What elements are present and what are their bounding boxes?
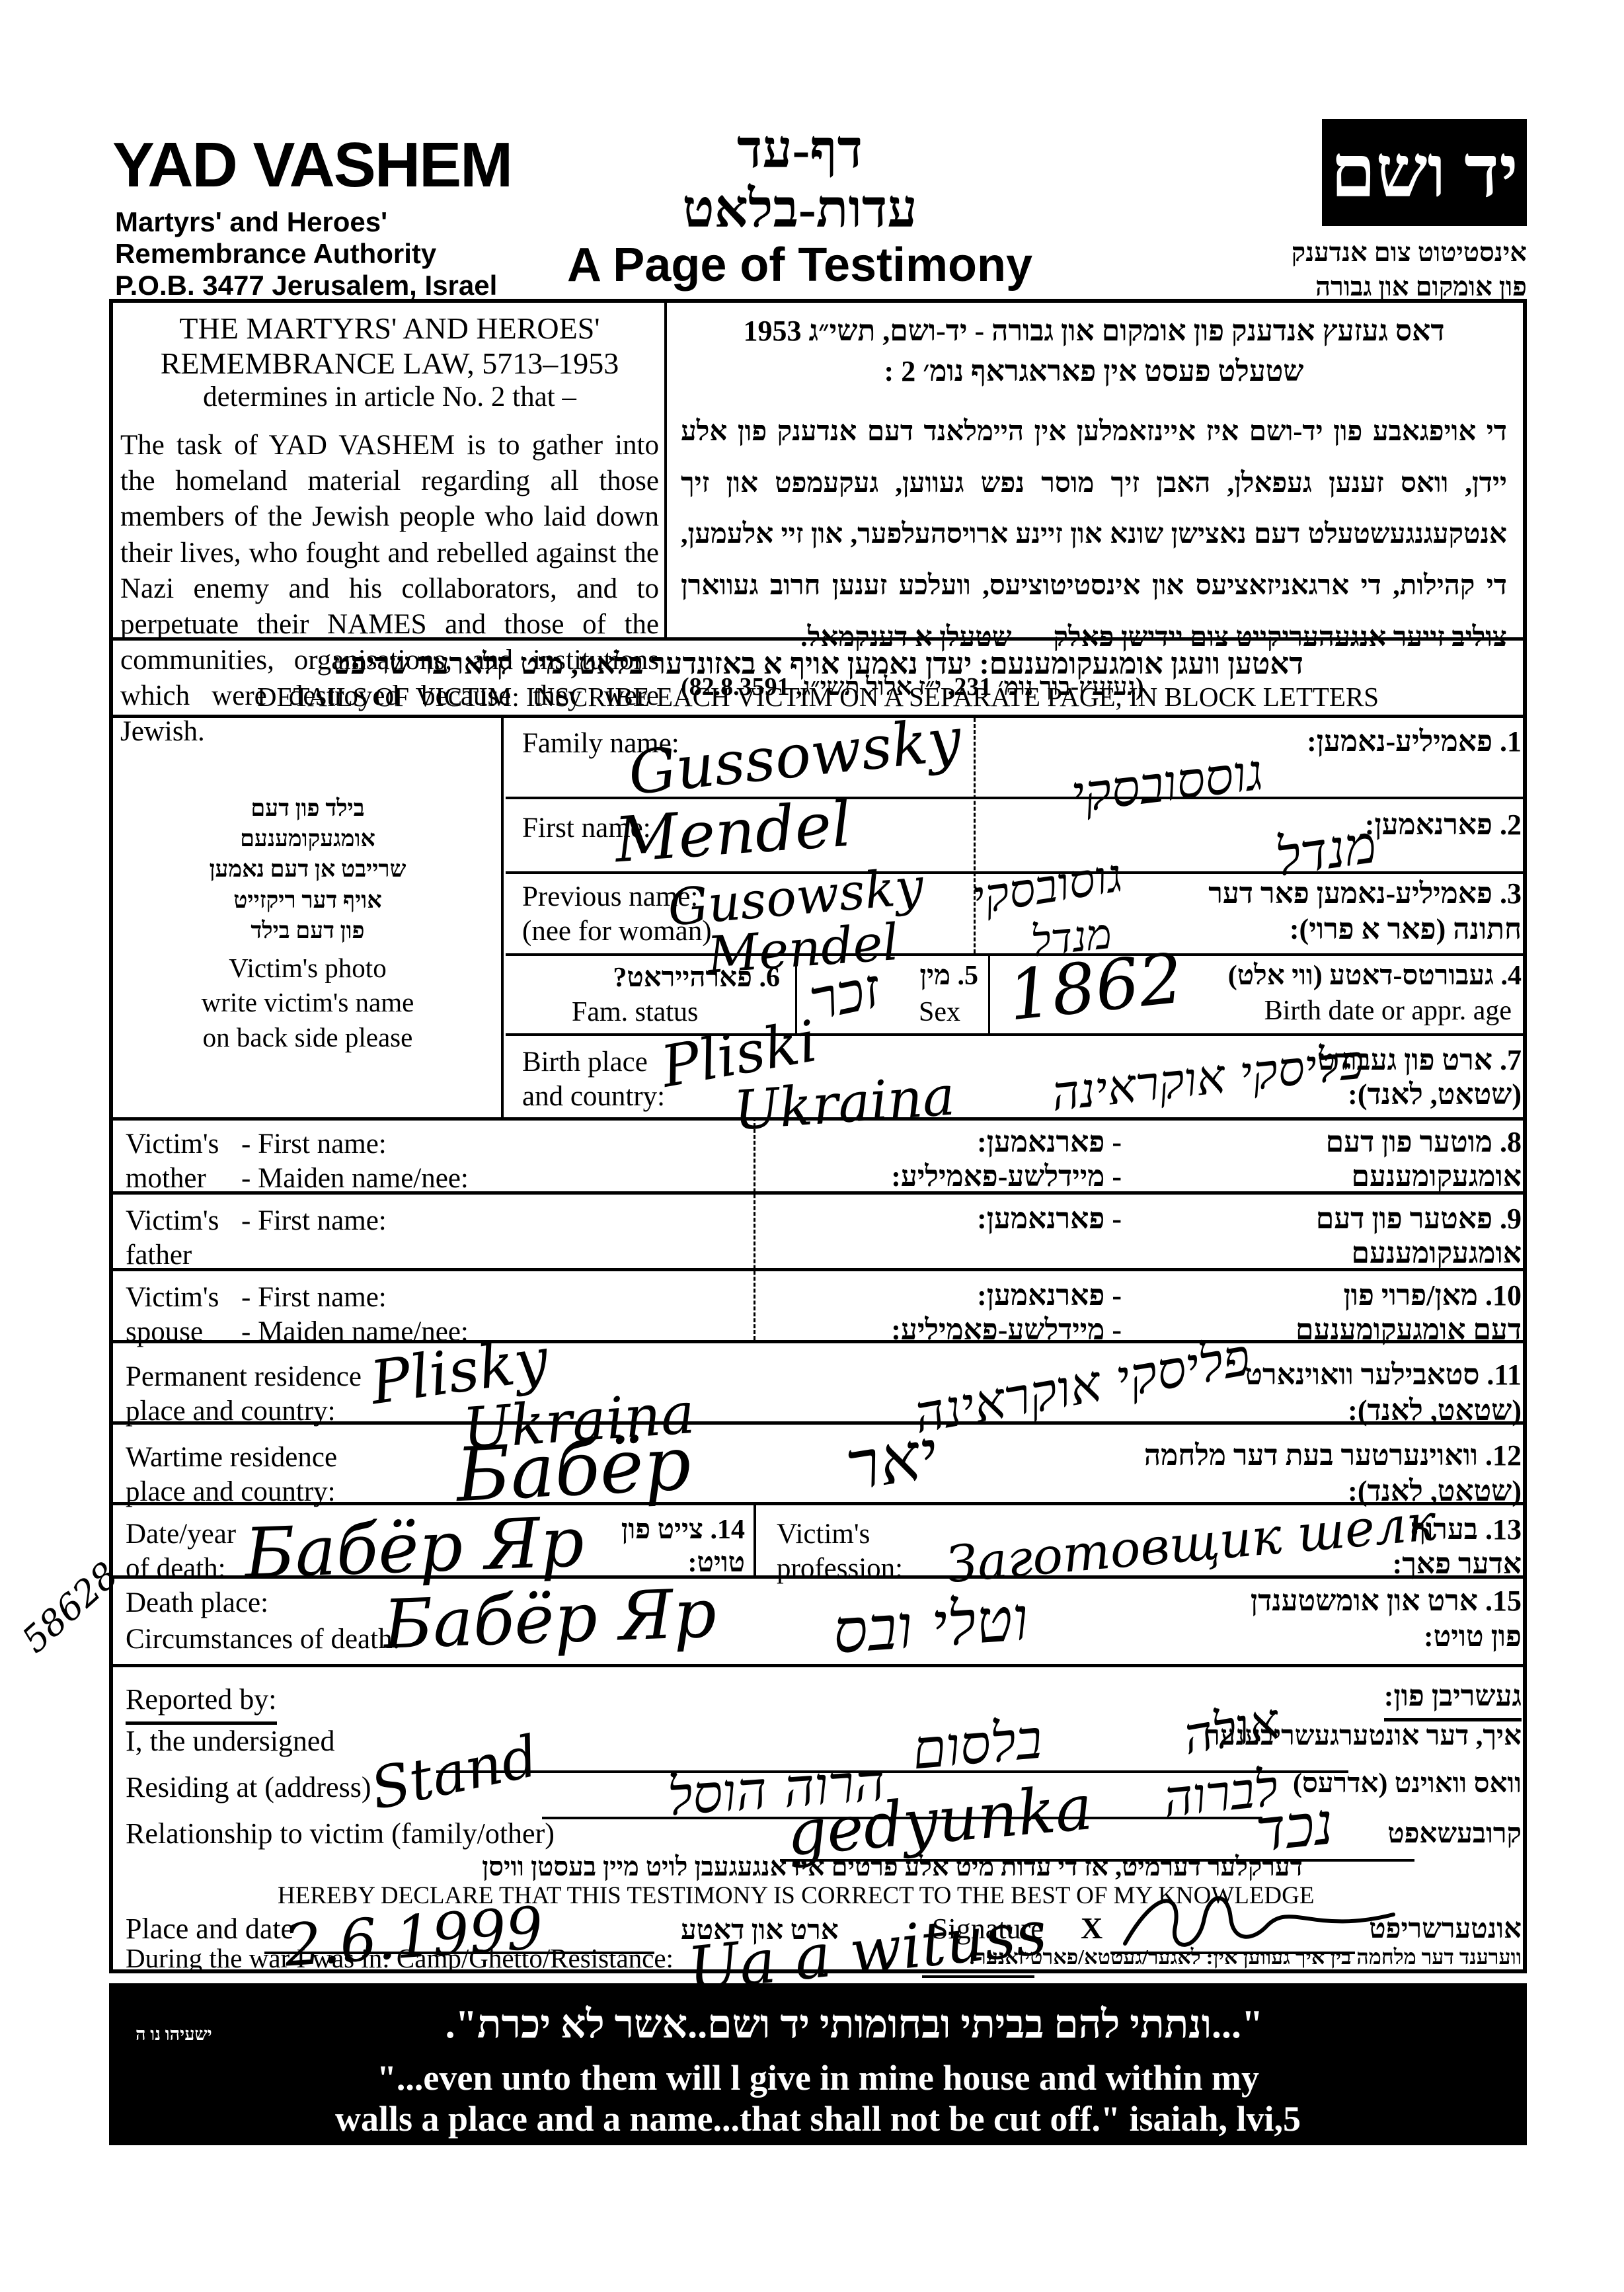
photo-en-1: Victim's photo	[113, 951, 502, 985]
signature-x-mark: X	[1081, 1911, 1102, 1946]
law-text-yiddish: דאס געזעץ אנדענק פון אומקום און גבורה - …	[681, 314, 1507, 701]
logo-hebrew-text: יד ושם	[1322, 119, 1527, 225]
signature-label-yi: אונטערשריפט	[1369, 1913, 1522, 1945]
birth-date-label-yi: 4. געבורטס-דאטע (ווי אלט)	[1228, 960, 1522, 992]
yad-vashem-logo: יד ושם	[1322, 119, 1527, 226]
org-line-2: Remembrance Authority	[115, 238, 436, 270]
first-name-label-yi: 2. פארנאמען:	[1365, 808, 1522, 842]
org-line-1: Martyrs' and Heroes'	[115, 206, 387, 238]
spouse-head-en1: Victim's	[126, 1281, 219, 1314]
fam-status-label-en: Fam. status	[572, 996, 698, 1028]
spouse-head-yi2: דעם אומגעקומענעם	[1295, 1313, 1522, 1347]
father-head-yi2: אומגעקומענעם	[1352, 1236, 1522, 1270]
residing-label-en: Residing at (address)	[126, 1770, 371, 1804]
death-date-label-en1: Date/year	[126, 1518, 236, 1550]
reported-by-label-en: Reported by:	[126, 1682, 277, 1725]
birth-date-label-en: Birth date or appr. age	[1264, 995, 1512, 1027]
law-title-en-2: REMEMBRANCE LAW, 5713–1953	[120, 346, 659, 381]
spouse-maiden-name-label-yi: - מיידלשע-פאמיליע:	[891, 1313, 1122, 1347]
death-place-label-yi2: פון טויט:	[1424, 1620, 1522, 1653]
dashed-divider	[754, 1117, 755, 1340]
details-band-yiddish: דאטען וועגן אומגעקומענעם: יעדן נאמען אוי…	[113, 647, 1523, 681]
photo-en-2: write victim's name	[113, 985, 502, 1019]
cell-divider	[754, 1502, 756, 1575]
father-first-name-label-en: - First name:	[241, 1205, 387, 1237]
cell-divider	[988, 953, 990, 1033]
permanent-residence-label-en1: Permanent residence	[126, 1361, 362, 1393]
death-place-value2: וטלי ובס	[831, 1583, 1030, 1667]
wartime-residence-label-yi1: 12. וואוינערטער בעת דער מלחמה	[1144, 1439, 1522, 1472]
spouse-head-yi1: 10. מאן/פרוי פון	[1343, 1279, 1522, 1312]
photo-yi-5: פון דעם בילד	[113, 916, 502, 946]
mother-maiden-name-label-yi: - מיידלשע-פאמיליע:	[891, 1160, 1122, 1193]
permanent-residence-label-yi1: 11. סטאבילער וואוינארט	[1245, 1358, 1522, 1392]
reported-by-label-yi: געשריבן פון:	[1384, 1679, 1522, 1721]
banner-hebrew-quote: "...ונתתי להם בביתי ובחומותי יד ושם..אשר…	[182, 2002, 1527, 2047]
photo-yi-2: אומגעקומענעם	[113, 824, 502, 854]
photo-yi-3: שרייבט אן דעם נאמען	[113, 854, 502, 885]
photo-yi-4: אויף דער ריקזייט	[113, 885, 502, 916]
spouse-first-name-label-en: - First name:	[241, 1281, 387, 1314]
title-hebrew-line2: עדות-בלאט	[549, 180, 1051, 240]
divider-line	[113, 1664, 1523, 1667]
mother-head-en2: mother	[126, 1162, 206, 1195]
mother-first-name-label-en: - First name:	[241, 1128, 387, 1160]
place-date-label-en: Place and date	[126, 1912, 293, 1946]
law-title-en-3: determines in article No. 2 that –	[120, 381, 659, 413]
page-of-testimony-document: YAD VASHEM Martyrs' and Heroes' Remembra…	[0, 0, 1624, 2292]
logo-subtitle-1: אינסטיטוט צום אנדענק	[1292, 237, 1527, 268]
profession-label-en1: Victim's	[777, 1518, 870, 1550]
photo-box-yiddish: בילד פון דעם אומגעקומענעם שרייבט אן דעם …	[113, 793, 502, 946]
mother-head-yi2: אומגעקומענעם	[1352, 1160, 1522, 1193]
title-hebrew-line1: דף-עד	[549, 120, 1051, 180]
details-band-english: DETAILS OF VICTIM: INSCRIBE EACH VICTIM …	[113, 681, 1523, 713]
wartime-residence-label-en1: Wartime residence	[126, 1441, 337, 1474]
logo-subtitle-2: פון אומקום און גבורה	[1315, 271, 1527, 302]
death-date-label-yi1: 14. צייט פון	[621, 1514, 745, 1546]
sex-label-yi: 5. מין	[872, 960, 978, 992]
sex-label-en: Sex	[919, 996, 960, 1028]
banner-english-line2: walls a place and a name...that shall no…	[109, 2098, 1527, 2139]
wartime-residence-value2: יאר	[841, 1415, 943, 1507]
quote-banner: "...ונתתי להם בביתי ובחומותי יד ושם..אשר…	[109, 1983, 1527, 2145]
death-date-label-en2: of death:	[126, 1552, 226, 1585]
org-line-3: P.O.B. 3477 Jerusalem, Israel	[115, 270, 497, 301]
law-body-yi: די אויפגאבע פון יד-ושם איז איינזאמלען אי…	[681, 407, 1507, 663]
war-label-yi: ווערענד דער מלחמה בין איך געווען אין: לא…	[968, 1945, 1522, 1969]
father-head-en1: Victim's	[126, 1205, 219, 1237]
birth-place-label-yi2: (שטאט, לאנד):	[1348, 1078, 1522, 1111]
father-head-en2: father	[126, 1239, 192, 1271]
mother-maiden-name-label-en: - Maiden name/nee:	[241, 1162, 469, 1195]
death-place-value1: Бабёр Яр	[382, 1574, 718, 1665]
previous-name-label-yi2: חתונה (פאר א פרוי):	[1290, 912, 1522, 946]
spouse-head-en2: spouse	[126, 1316, 203, 1348]
law-intro-yi-2: שטעלט פעסט אין פאראגראף נומ׳ 2 :	[681, 354, 1507, 388]
death-place-label-en1: Death place:	[126, 1587, 268, 1619]
fam-status-label-yi: 6. פארהייראט?	[542, 962, 780, 994]
wartime-residence-label-en2: place and country:	[126, 1476, 336, 1508]
spouse-first-name-label-yi: - פארנאמען:	[977, 1279, 1122, 1312]
mother-first-name-label-yi: - פארנאמען:	[977, 1125, 1122, 1159]
death-date-label-yi2: טויט:	[688, 1547, 745, 1579]
birth-place-label-en2: and country:	[522, 1080, 665, 1113]
death-place-label-yi1: 15. ארט און אומשטענדן	[1251, 1584, 1522, 1618]
law-intro-yi-1: דאס געזעץ אנדענק פון אומקום און גבורה - …	[681, 314, 1507, 348]
undersigned-value1: בלסום	[909, 1708, 1044, 1782]
profession-label-en2: profession:	[777, 1552, 903, 1585]
undersigned-label-en: I, the undersigned	[126, 1724, 334, 1758]
previous-name-label-yi1: 3. פאמיליע-נאמען פאר דער	[1208, 877, 1522, 910]
law-title-en-1: THE MARTYRS' AND HEROES'	[120, 311, 659, 346]
page-title: A Page of Testimony	[549, 238, 1051, 292]
father-head-yi1: 9. פאטער פון דעם	[1316, 1202, 1522, 1236]
divider-line	[113, 1268, 1523, 1271]
father-first-name-label-yi: - פארנאמען:	[977, 1202, 1122, 1236]
family-name-label-yi: 1. פאמיליע-נאמען:	[1307, 725, 1522, 758]
photo-yi-1: בילד פון דעם	[113, 793, 502, 824]
relationship-label-en: Relationship to victim (family/other)	[126, 1817, 555, 1850]
birth-place-label-en1: Birth place	[522, 1046, 648, 1078]
photo-en-3: on back side please	[113, 1020, 502, 1054]
mother-head-yi1: 8. מוטער פון דעם	[1326, 1125, 1522, 1159]
permanent-residence-label-en2: place and country:	[126, 1395, 336, 1427]
photo-box-english: Victim's photo write victim's name on ba…	[113, 951, 502, 1054]
relationship-label-yi: קרובעשאפט	[1387, 1818, 1522, 1850]
law-column-divider	[664, 303, 667, 637]
death-place-label-en2: Circumstances of death:	[126, 1623, 401, 1655]
banner-english-line1: "...even unto them will l give in mine h…	[109, 2057, 1527, 2098]
war-label-en: During the war I was in: Camp/Ghetto/Res…	[126, 1942, 674, 1974]
mother-head-en1: Victim's	[126, 1128, 219, 1160]
org-name: YAD VASHEM	[112, 129, 512, 202]
banner-hebrew-ref: ישעיהו נו ה	[135, 2024, 212, 2045]
permanent-residence-label-yi2: (שטאט, לאנד):	[1348, 1394, 1522, 1427]
